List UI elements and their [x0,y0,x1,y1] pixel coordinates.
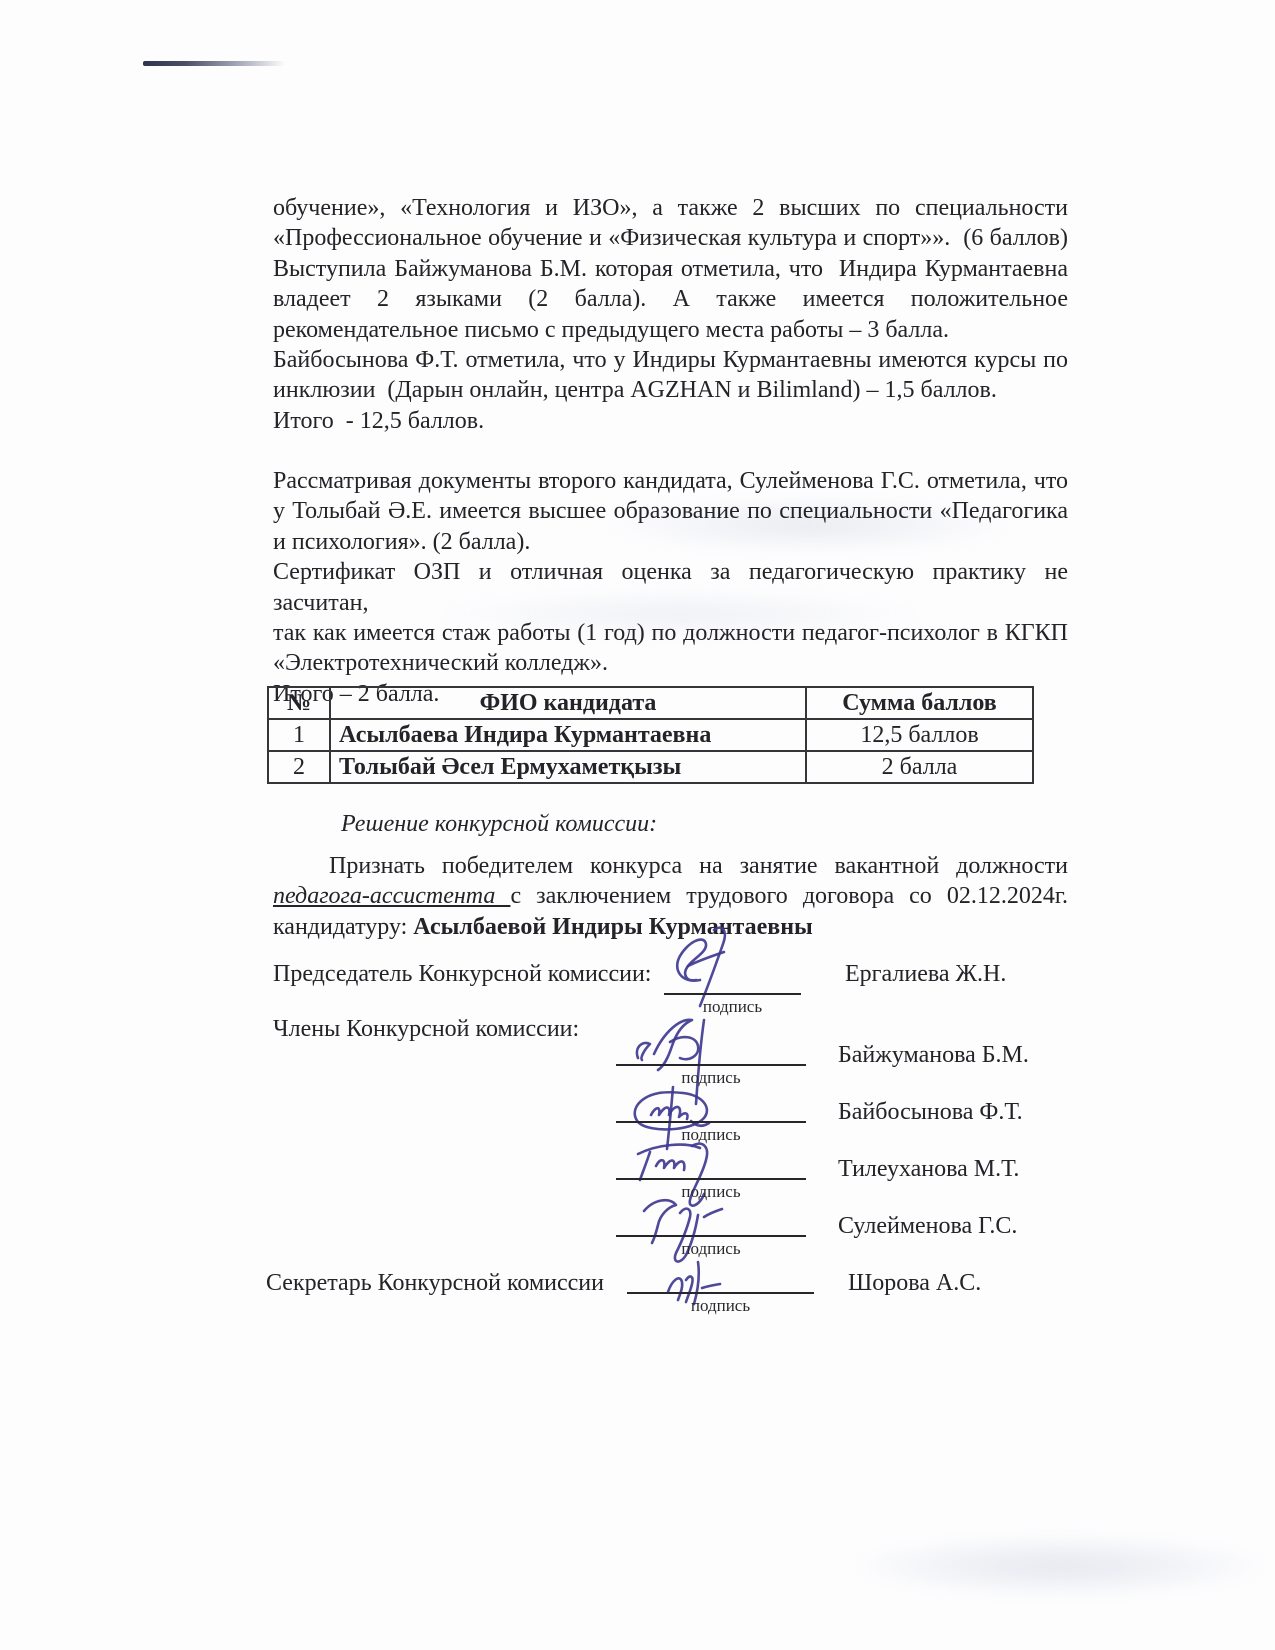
table-cell-name: Толыбай Әсел Ермухаметқызы [330,751,806,783]
member-name: Байбосынова Ф.Т. [838,1099,1023,1126]
text-line: так как имеется стаж работы (1 год) по д… [273,618,1068,648]
member-name: Сулейменова Г.С. [838,1213,1017,1240]
text-line: у Толыбай Ә.Е. имеется высшее образовани… [273,496,1068,526]
secretary-label: Секретарь Конкурсной комиссии [266,1270,604,1297]
text-span: с заключением трудового договора со 02.1… [510,883,1068,909]
text-line: Признать победителем конкурса на занятие… [273,851,1068,881]
text-line: педагога-ассистента с заключением трудов… [273,881,1068,911]
table-row: 2 Толыбай Әсел Ермухаметқызы 2 балла [268,751,1033,783]
text-line: рекомендательное письмо с предыдущего ме… [273,315,1068,345]
text-line: Байбосынова Ф.Т. отметила, что у Индиры … [273,345,1068,375]
member-name: Байжуманова Б.М. [838,1042,1029,1069]
score-table: № ФИО кандидата Сумма баллов 1 Асылбаева… [267,686,1034,784]
table-cell-score: 12,5 баллов [806,719,1033,751]
signature-line [616,1178,806,1180]
members-label: Члены Конкурсной комиссии: [273,1016,579,1043]
text-line: обучение», «Технология и ИЗО», а также 2… [273,193,1068,223]
table-cell-name: Асылбаева Индира Курмантаевна [330,719,806,751]
position-title-underlined: педагога-ассистента [273,883,510,909]
table-header-sum: Сумма баллов [806,687,1033,719]
text-line: Рассматривая документы второго кандидата… [273,466,1068,496]
signature-line [664,993,801,995]
text-line: инклюзии (Дарын онлайн, центра AGZHAN и … [273,375,1068,405]
chair-label: Председатель Конкурсной комиссии: [273,961,651,988]
signature-line [616,1064,806,1066]
member-name: Тилеуханова М.Т. [838,1156,1019,1183]
text-line: владеет 2 языками (2 балла). А также име… [273,284,1068,314]
table-header-row: № ФИО кандидата Сумма баллов [268,687,1033,719]
document-page: обучение», «Технология и ИЗО», а также 2… [0,0,1275,1650]
paragraph-candidate1: обучение», «Технология и ИЗО», а также 2… [273,193,1068,436]
signature-line [616,1235,806,1237]
text-line: и психология». (2 балла). [273,527,1068,557]
text-line: Выступила Байжуманова Б.М. которая отмет… [273,254,1068,284]
secretary-name: Шорова А.С. [848,1270,981,1297]
table-cell-num: 2 [268,751,330,783]
scan-edge-artifact [143,61,285,66]
paragraph-candidate2: Рассматривая документы второго кандидата… [273,466,1068,709]
chair-name: Ергалиева Ж.Н. [845,961,1006,988]
table-cell-score: 2 балла [806,751,1033,783]
table-row: 1 Асылбаева Индира Курмантаевна 12,5 бал… [268,719,1033,751]
table-header-num: № [268,687,330,719]
scan-ghost-artifact [860,1535,1260,1597]
text-line: Итого - 12,5 баллов. [273,406,1068,436]
signature-ink-chair [648,922,758,1008]
signature-line [616,1121,806,1123]
text-line: «Электротехнический колледж». [273,648,1068,678]
text-line: «Профессиональное обучение и «Физическая… [273,223,1068,253]
table-header-name: ФИО кандидата [330,687,806,719]
signature-caption: подпись [627,1296,814,1316]
signature-line [627,1292,814,1294]
table-cell-num: 1 [268,719,330,751]
text-span: кандидатуру: [273,914,413,940]
text-line: Сертификат ОЗП и отличная оценка за педа… [273,557,1068,618]
decision-heading: Решение конкурсной комиссии: [341,811,657,838]
